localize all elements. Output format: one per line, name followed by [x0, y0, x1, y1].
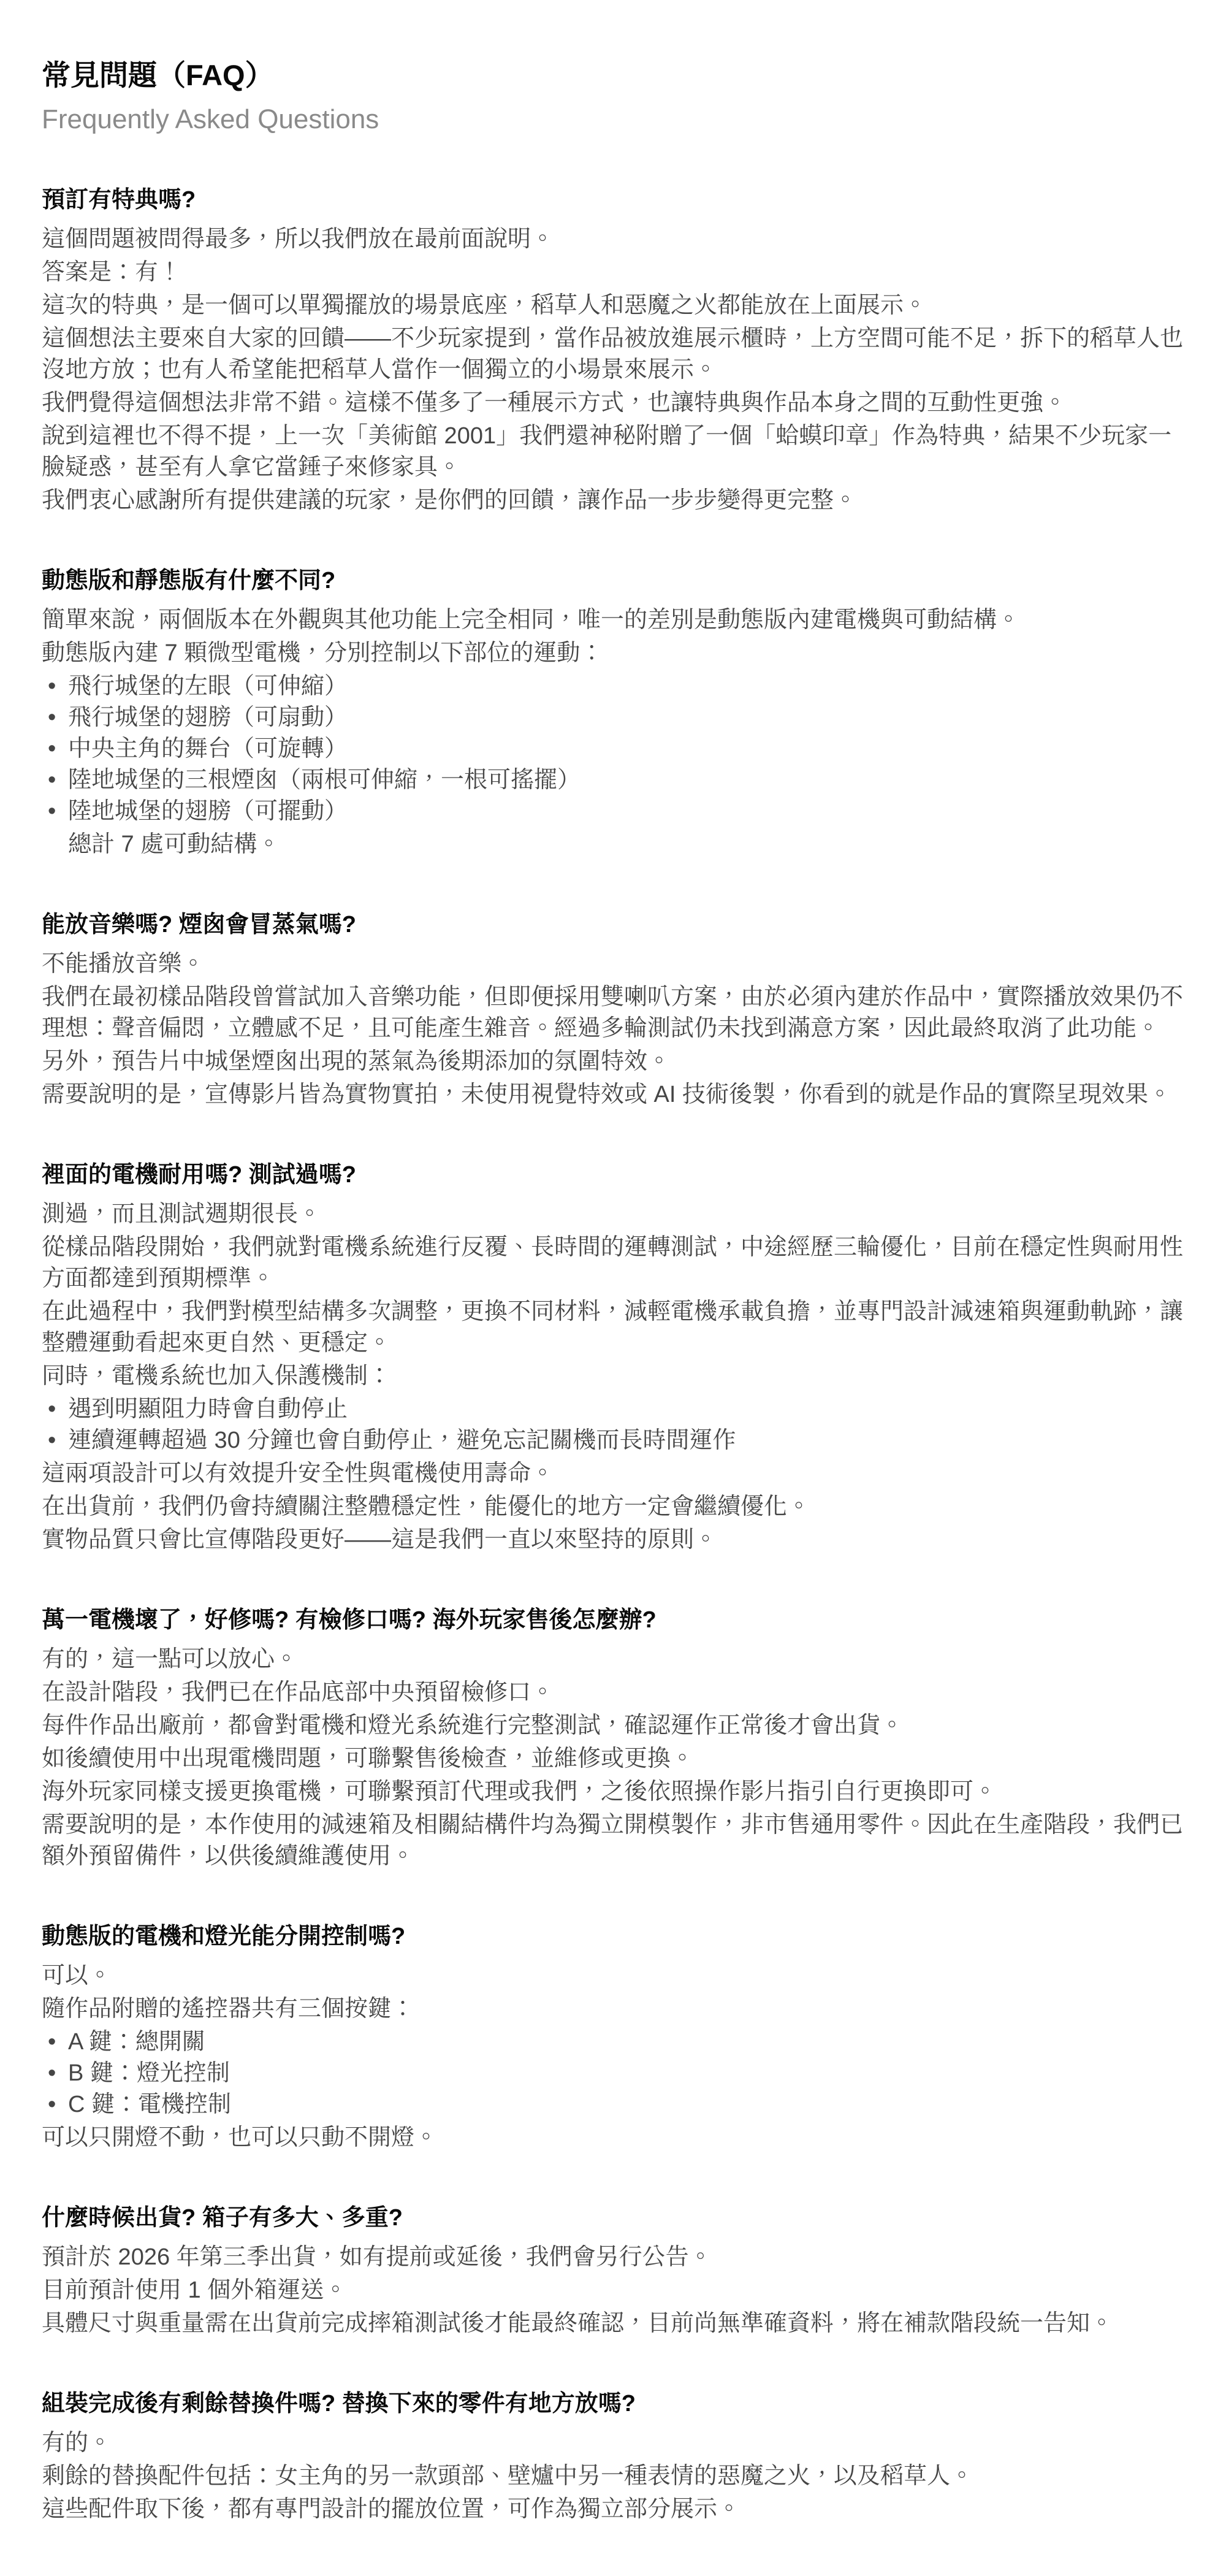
answer-paragraph: 海外玩家同樣支援更換電機，可聯繫預訂代理或我們，之後依照操作影片指引自行更換即可… — [42, 1776, 1183, 1808]
answer-paragraph: 測過，而且測試週期很長。 — [42, 1199, 1183, 1230]
answer-paragraph: 有的，這一點可以放心。 — [42, 1644, 1183, 1675]
bullet-item: 中央主角的舞台（可旋轉） — [42, 733, 1183, 765]
faq-section: 組裝完成後有剩餘替換件嗎? 替換下來的零件有地方放嗎?有的。剩餘的替換配件包括：… — [42, 2388, 1183, 2525]
answer-paragraph: 簡單來說，兩個版本在外觀與其他功能上完全相同，唯一的差別是動態版內建電機與可動結… — [42, 605, 1183, 636]
page-title: 常見問題（FAQ） — [42, 59, 1183, 92]
answer-paragraph: 在出貨前，我們仍會持續關注整體穩定性，能優化的地方一定會繼續優化。 — [42, 1491, 1183, 1523]
answer-paragraph: 剩餘的替換配件包括：女主角的另一款頭部、壁爐中另一種表情的惡魔之火，以及稻草人。 — [42, 2461, 1183, 2492]
page-header: 常見問題（FAQ） Frequently Asked Questions — [42, 59, 1183, 136]
bullet-item: 飛行城堡的左眼（可伸縮） — [42, 671, 1183, 702]
faq-section: 動態版和靜態版有什麼不同?簡單來說，兩個版本在外觀與其他功能上完全相同，唯一的差… — [42, 565, 1183, 860]
bullet-item: 遇到明顯阻力時會自動停止 — [42, 1394, 1183, 1425]
page-subtitle: Frequently Asked Questions — [42, 104, 1183, 136]
faq-section: 裡面的電機耐用嗎? 測試過嗎?測過，而且測試週期很長。從樣品階段開始，我們就對電… — [42, 1160, 1183, 1556]
answer-paragraph: 預計於 2026 年第三季出貨，如有提前或延後，我們會另行公告。 — [42, 2242, 1183, 2273]
faq-sections: 預訂有特典嗎?這個問題被問得最多，所以我們放在最前面說明。答案是：有！這次的特典… — [42, 185, 1183, 2525]
bullet-item: C 鍵：電機控制 — [42, 2089, 1183, 2120]
section-question: 什麼時候出貨? 箱子有多大、多重? — [42, 2203, 1183, 2233]
bullet-item: 飛行城堡的翅膀（可扇動） — [42, 702, 1183, 733]
indented-note: 總計 7 處可動結構。 — [42, 829, 1183, 860]
answer-paragraph: 說到這裡也不得不提，上一次「美術館 2001」我們還神秘附贈了一個「蛤蟆印章」作… — [42, 421, 1183, 483]
answer-paragraph: 這個想法主要來自大家的回饋——不少玩家提到，當作品被放進展示櫃時，上方空間可能不… — [42, 323, 1183, 386]
answer-paragraph: 動態版內建 7 顆微型電機，分別控制以下部位的運動： — [42, 638, 1183, 669]
section-question: 預訂有特典嗎? — [42, 185, 1183, 215]
answer-paragraph: 不能播放音樂。 — [42, 949, 1183, 980]
answer-paragraph: 可以只開燈不動，也可以只動不開燈。 — [42, 2122, 1183, 2154]
bullet-list: 遇到明顯阻力時會自動停止連續運轉超過 30 分鐘也會自動停止，避免忘記關機而長時… — [42, 1394, 1183, 1456]
answer-paragraph: 答案是：有！ — [42, 257, 1183, 288]
section-question: 動態版和靜態版有什麼不同? — [42, 565, 1183, 596]
answer-paragraph: 這個問題被問得最多，所以我們放在最前面說明。 — [42, 224, 1183, 255]
bullet-item: 陸地城堡的三根煙囪（兩根可伸縮，一根可搖擺） — [42, 765, 1183, 796]
answer-paragraph: 在設計階段，我們已在作品底部中央預留檢修口。 — [42, 1677, 1183, 1708]
answer-paragraph: 具體尺寸與重量需在出貨前完成摔箱測試後才能最終確認，目前尚無準確資料，將在補款階… — [42, 2308, 1183, 2339]
answer-paragraph: 目前預計使用 1 個外箱運送。 — [42, 2275, 1183, 2306]
answer-paragraph: 需要說明的是，宣傳影片皆為實物實拍，未使用視覺特效或 AI 技術後製，你看到的就… — [42, 1079, 1183, 1110]
bullet-item: 陸地城堡的翅膀（可擺動） — [42, 796, 1183, 827]
faq-section: 能放音樂嗎? 煙囪會冒蒸氣嗎?不能播放音樂。我們在最初樣品階段曾嘗試加入音樂功能… — [42, 909, 1183, 1110]
bullet-list: 飛行城堡的左眼（可伸縮）飛行城堡的翅膀（可扇動）中央主角的舞台（可旋轉）陸地城堡… — [42, 671, 1183, 827]
answer-paragraph: 從樣品階段開始，我們就對電機系統進行反覆、長時間的運轉測試，中途經歷三輪優化，目… — [42, 1232, 1183, 1294]
answer-paragraph: 可以。 — [42, 1960, 1183, 1992]
answer-paragraph: 有的。 — [42, 2428, 1183, 2459]
answer-paragraph: 我們覺得這個想法非常不錯。這樣不僅多了一種展示方式，也讓特典與作品本身之間的互動… — [42, 388, 1183, 419]
section-question: 動態版的電機和燈光能分開控制嗎? — [42, 1921, 1183, 1952]
answer-paragraph: 實物品質只會比宣傳階段更好——這是我們一直以來堅持的原則。 — [42, 1524, 1183, 1556]
answer-paragraph: 我們在最初樣品階段曾嘗試加入音樂功能，但即便採用雙喇叭方案，由於必須內建於作品中… — [42, 982, 1183, 1044]
answer-paragraph: 這些配件取下後，都有專門設計的擺放位置，可作為獨立部分展示。 — [42, 2494, 1183, 2525]
bullet-item: B 鍵：燈光控制 — [42, 2058, 1183, 2089]
answer-paragraph: 如後續使用中出現電機問題，可聯繫售後檢查，並維修或更換。 — [42, 1743, 1183, 1775]
bullet-item: 連續運轉超過 30 分鐘也會自動停止，避免忘記關機而長時間運作 — [42, 1425, 1183, 1456]
answer-paragraph: 我們衷心感謝所有提供建議的玩家，是你們的回饋，讓作品一步步變得更完整。 — [42, 485, 1183, 516]
faq-section: 萬一電機壞了，好修嗎? 有檢修口嗎? 海外玩家售後怎麼辦?有的，這一點可以放心。… — [42, 1605, 1183, 1872]
answer-paragraph: 另外，預告片中城堡煙囪出現的蒸氣為後期添加的氛圍特效。 — [42, 1046, 1183, 1077]
faq-section: 預訂有特典嗎?這個問題被問得最多，所以我們放在最前面說明。答案是：有！這次的特典… — [42, 185, 1183, 516]
answer-paragraph: 在此過程中，我們對模型結構多次調整，更換不同材料，減輕電機承載負擔，並專門設計減… — [42, 1296, 1183, 1359]
section-question: 裡面的電機耐用嗎? 測試過嗎? — [42, 1160, 1183, 1190]
section-question: 能放音樂嗎? 煙囪會冒蒸氣嗎? — [42, 909, 1183, 940]
bullet-item: A 鍵：總開關 — [42, 2027, 1183, 2058]
answer-paragraph: 這兩項設計可以有效提升安全性與電機使用壽命。 — [42, 1458, 1183, 1489]
section-question: 萬一電機壞了，好修嗎? 有檢修口嗎? 海外玩家售後怎麼辦? — [42, 1605, 1183, 1635]
section-question: 組裝完成後有剩餘替換件嗎? 替換下來的零件有地方放嗎? — [42, 2388, 1183, 2419]
answer-paragraph: 每件作品出廠前，都會對電機和燈光系統進行完整測試，確認運作正常後才會出貨。 — [42, 1710, 1183, 1741]
answer-paragraph: 隨作品附贈的遙控器共有三個按鍵： — [42, 1993, 1183, 2025]
bullet-list: A 鍵：總開關B 鍵：燈光控制C 鍵：電機控制 — [42, 2027, 1183, 2120]
faq-section: 什麼時候出貨? 箱子有多大、多重?預計於 2026 年第三季出貨，如有提前或延後… — [42, 2203, 1183, 2339]
answer-paragraph: 同時，電機系統也加入保護機制： — [42, 1361, 1183, 1392]
faq-section: 動態版的電機和燈光能分開控制嗎?可以。隨作品附贈的遙控器共有三個按鍵：A 鍵：總… — [42, 1921, 1183, 2154]
answer-paragraph: 這次的特典，是一個可以單獨擺放的場景底座，稻草人和惡魔之火都能放在上面展示。 — [42, 290, 1183, 321]
answer-paragraph: 需要說明的是，本作使用的減速箱及相關結構件均為獨立開模製作，非市售通用零件。因此… — [42, 1810, 1183, 1872]
